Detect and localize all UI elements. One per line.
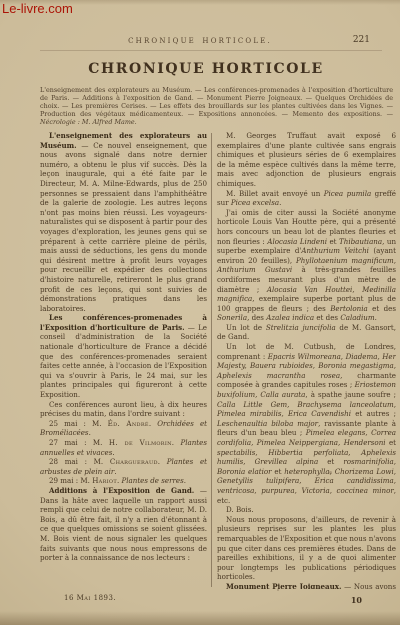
article-summary: L'enseignement des explorateurs au Muséu… xyxy=(40,86,393,126)
column-rule xyxy=(211,133,212,587)
scan-blemish xyxy=(277,589,279,591)
page-number: 221 xyxy=(353,35,370,45)
page-columns: L'enseignement des explorateurs au Muséu… xyxy=(40,131,396,589)
scanned-page: { "colors": { "paper": "#ccbc9a", "ink":… xyxy=(0,0,400,625)
footer-date: 16 Mai 1893. xyxy=(64,594,116,602)
paragraph-museum: L'enseignement des explorateurs au Muséu… xyxy=(40,131,207,313)
footer-sheet-number: 10 xyxy=(351,595,362,605)
schedule-item: 29 mai : M. Hariot. Plantes de serres. xyxy=(40,476,207,486)
paragraph-proposons: Nous nous proposons, d'ailleurs, de reve… xyxy=(217,515,396,582)
paragraph-joigneaux: Monument Pierre Joigneaux. — Nous avons … xyxy=(217,582,396,589)
left-column: L'enseignement des explorateurs au Muséu… xyxy=(40,131,207,589)
paragraph-order: Ces conférences auront lieu, à dix heure… xyxy=(40,400,207,419)
watermark: Le-livre.com xyxy=(2,1,73,16)
paragraph-conferences: Les conférences-promenades à l'Expositio… xyxy=(40,313,207,399)
paragraph-gand: Additions à l'Exposition de Gand. — Dans… xyxy=(40,486,207,563)
scan-bottom-shadow xyxy=(0,611,400,625)
scan-blemish xyxy=(329,471,332,474)
paragraph-strelitzia: Un lot de Strelitzia juncifolia de M. Ga… xyxy=(217,323,396,342)
paragraph-cutbush: Un lot de M. Cutbush, de Londres, compre… xyxy=(217,342,396,505)
schedule-item: 28 mai : M. Chargueraud. Plantes et arbu… xyxy=(40,457,207,476)
author-signature: D. Bois. xyxy=(217,505,396,515)
right-column: M. Georges Truffaut avait exposé 6 exemp… xyxy=(217,131,396,589)
paragraph-truffaut: M. Georges Truffaut avait exposé 6 exemp… xyxy=(217,131,396,189)
running-head: CHRONIQUE HORTICOLE. xyxy=(40,37,360,45)
schedule-item: 27 mai : M. H. de Vilmorin. Plantes annu… xyxy=(40,438,207,457)
article-title: CHRONIQUE HORTICOLE xyxy=(28,61,384,77)
header-rule xyxy=(40,50,382,51)
paragraph-billet: M. Billet avait envoyé un Picea pumila g… xyxy=(217,189,396,208)
paragraph-vanhoutte: J'ai omis de citer aussi la Société anon… xyxy=(217,208,396,323)
schedule-item: 25 mai : M. Éd. André. Orchidées et Brom… xyxy=(40,419,207,438)
